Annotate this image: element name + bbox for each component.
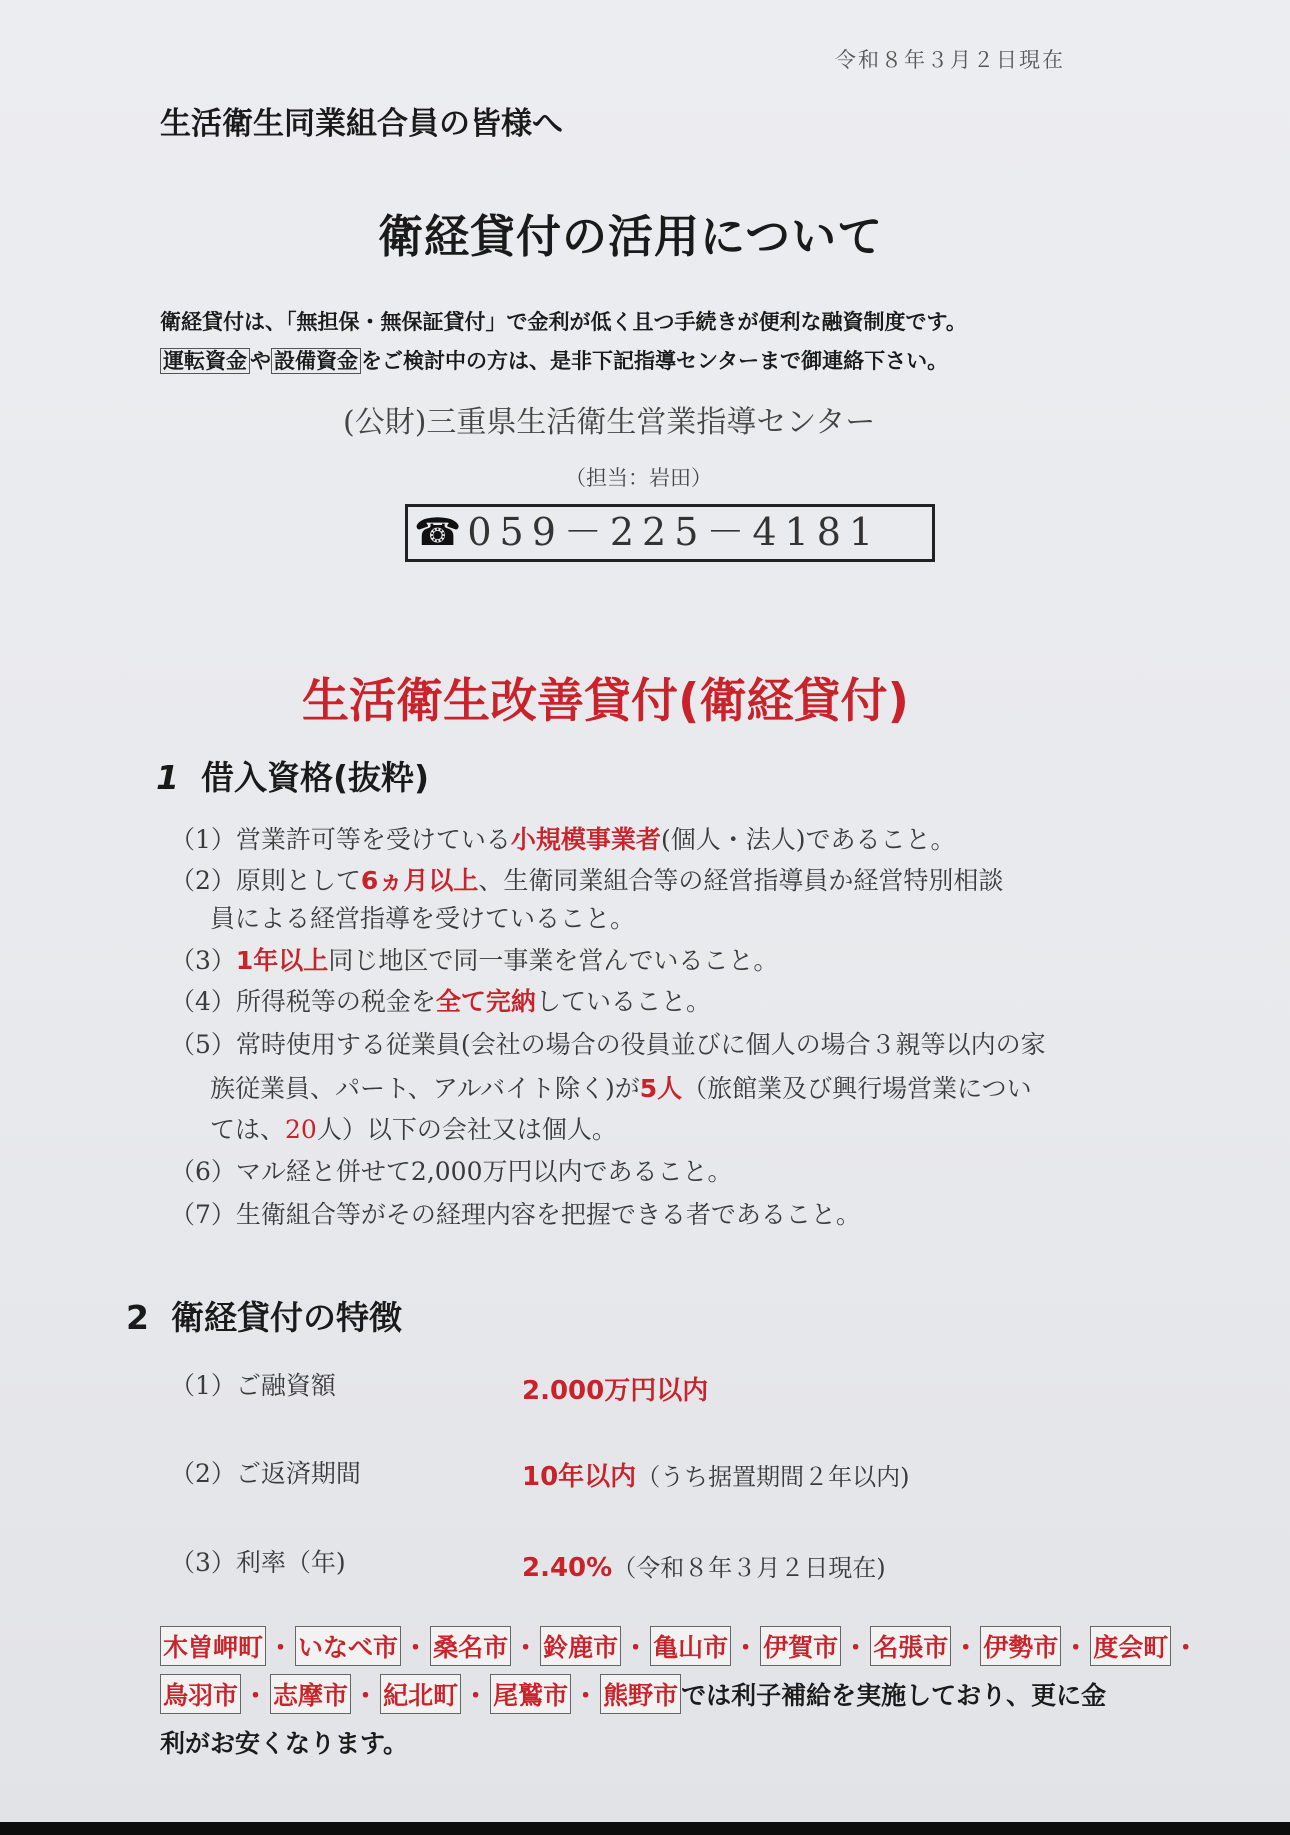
item-text: 同じ地区で同一事業を営んでいること。 [328,946,778,975]
separator: ・ [513,1633,538,1662]
eligibility-item-5: （5）常時使用する従業員(会社の場合の役員並びに個人の場合３親等以内の家 [170,1025,1046,1061]
item-highlight: 1年以上 [236,946,328,975]
item-text: 生衛組合等がその経理内容を把握できる者であること。 [236,1200,861,1229]
city-tag: 鈴鹿市 [540,1626,621,1666]
section-1-heading: 1借入資格(抜粋) [156,752,429,799]
separator: ・ [353,1681,378,1710]
item-text: 常時使用する従業員(会社の場合の役員並びに個人の場合３親等以内の家 [236,1030,1046,1059]
separator: ・ [843,1633,868,1662]
page-title: 衛経貸付の活用について [378,200,883,265]
item-text: マル経と併せて2,000万円以内であること。 [236,1157,733,1186]
city-tag: 桑名市 [430,1626,511,1666]
separator: ・ [403,1633,428,1662]
item-text: 原則として [236,866,361,895]
separator: ・ [1063,1633,1088,1662]
item-number: （7） [170,1200,236,1229]
item-text: （旅館業及び興行場営業につい [682,1074,1032,1103]
working-capital-label: 運転資金 [160,348,250,374]
item-number: （1） [170,825,236,854]
item-text: ては、 [210,1115,285,1144]
city-tag: 志摩市 [270,1674,351,1714]
separator: ・ [463,1681,488,1710]
feature-value-rate: 2.40%（令和８年３月２日現在) [522,1548,886,1583]
item-highlight: 20 [285,1115,317,1144]
photo-bottom-edge [0,1822,1290,1835]
as-of-date: 令和８年３月２日現在 [835,44,1065,74]
item-text: 族従業員、パート、アルバイト除く)が [210,1074,640,1103]
item-number: （6） [170,1157,236,1186]
item-number: （4） [170,987,236,1016]
eligibility-item-2-cont: 員による経営指導を受けていること。 [210,899,635,935]
section-title: 借入資格(抜粋) [201,758,429,797]
city-tag: いなべ市 [295,1626,401,1666]
separator: ・ [733,1633,758,1662]
item-number: （2） [170,866,236,895]
item-text: 所得税等の税金を [236,987,436,1016]
feature-value-term: 10年以内（うち据置期間２年以内) [522,1456,910,1493]
item-text: 営業許可等を受けている [236,825,511,854]
section-number: 1 [156,758,179,797]
item-text: 人）以下の会社又は個人。 [317,1115,617,1144]
feature-label-term: （2）ご返済期間 [170,1454,361,1490]
city-tag: 木曽岬町 [160,1626,266,1666]
city-tag: 亀山市 [650,1626,731,1666]
addressee: 生活衛生同業組合員の皆様へ [160,98,563,143]
city-tag: 名張市 [870,1626,951,1666]
flyer-page: 令和８年３月２日現在 生活衛生同業組合員の皆様へ 衛経貸付の活用について 衛経貸… [0,0,1290,1822]
separator: ・ [573,1681,598,1710]
item-highlight: 全て完納 [436,987,536,1016]
eligibility-item-1: （1）営業許可等を受けている小規模事業者(個人・法人)であること。 [170,820,955,856]
item-number: （3） [170,946,236,975]
eligibility-item-5-cont2: ては、20人）以下の会社又は個人。 [210,1110,617,1146]
feature-value: 2.40% [522,1553,612,1583]
subsidy-cities-row-2: 鳥羽市・志摩市・紀北町・尾鷲市・熊野市では利子補給を実施しており、更に金 [160,1674,1106,1714]
subsidy-text-cont: 利がお安くなります。 [160,1724,408,1760]
feature-label-amount: （1）ご融資額 [170,1366,336,1402]
separator: ・ [1173,1633,1198,1662]
feature-note: （うち据置期間２年以内) [636,1463,909,1491]
city-tag: 尾鷲市 [490,1674,571,1714]
separator: ・ [953,1633,978,1662]
item-text: していること。 [536,987,711,1016]
city-tag: 伊勢市 [980,1626,1061,1666]
item-highlight: 小規模事業者 [511,825,661,854]
separator: ・ [243,1681,268,1710]
section-2-heading: 2衛経貸付の特徴 [126,1292,402,1339]
section-title: 衛経貸付の特徴 [171,1298,402,1337]
feature-value-amount: 2.000万円以内 [522,1370,708,1407]
city-tag: 伊賀市 [760,1626,841,1666]
telephone-icon: ☎ [414,510,461,554]
feature-note: （令和８年３月２日現在) [612,1554,885,1582]
city-tag: 熊野市 [600,1674,681,1714]
section-number: 2 [126,1298,149,1337]
eligibility-item-2: （2）原則として6ヵ月以上、生衛同業組合等の経営指導員か経営特別相談 [170,861,1003,897]
separator: ・ [268,1633,293,1662]
eligibility-item-6: （6）マル経と併せて2,000万円以内であること。 [170,1152,732,1188]
phone-number: 059－225－4181 [467,510,881,554]
feature-value: 2.000万円以内 [522,1376,708,1406]
contact-person: （担当：岩田） [565,462,712,492]
city-tag: 度会町 [1090,1626,1171,1666]
eligibility-item-7: （7）生衛組合等がその経理内容を把握できる者であること。 [170,1195,861,1231]
intro-line-2: 運転資金や設備資金をご検討中の方は、是非下記指導センターまで御連絡下さい。 [160,345,948,375]
loan-title: 生活衛生改善貸付(衛経貸付) [302,664,909,731]
feature-value: 10年以内 [522,1462,636,1492]
phone-number-box: ☎059－225－4181 [405,504,935,562]
intro-line-2-rest: をご検討中の方は、是非下記指導センターまで御連絡下さい。 [361,349,948,373]
item-number: （5） [170,1030,236,1059]
equipment-capital-label: 設備資金 [271,348,361,374]
subsidy-cities-row-1: 木曽岬町・いなべ市・桑名市・鈴鹿市・亀山市・伊賀市・名張市・伊勢市・度会町・ [160,1626,1200,1666]
subsidy-text: では利子補給を実施しており、更に金 [681,1681,1106,1710]
item-text: 、生衛同業組合等の経営指導員か経営特別相談 [478,866,1003,895]
eligibility-item-4: （4）所得税等の税金を全て完納していること。 [170,982,711,1018]
separator: ・ [623,1633,648,1662]
city-tag: 紀北町 [380,1674,461,1714]
eligibility-item-5-cont: 族従業員、パート、アルバイト除く)が5人（旅館業及び興行場営業につい [210,1069,1032,1105]
item-highlight: 5人 [640,1074,682,1103]
organization-name: (公財)三重県生活衛生営業指導センター [343,397,875,441]
item-highlight: 6ヵ月以上 [361,866,478,895]
connector-text: や [250,349,271,373]
city-tag: 鳥羽市 [160,1674,241,1714]
intro-line-1: 衛経貸付は、「無担保・無保証貸付」で金利が低く且つ手続きが便利な融資制度です。 [160,306,967,336]
eligibility-item-3: （3）1年以上同じ地区で同一事業を営んでいること。 [170,941,778,977]
feature-label-rate: （3）利率（年) [170,1543,346,1579]
item-text: (個人・法人)であること。 [661,825,956,854]
